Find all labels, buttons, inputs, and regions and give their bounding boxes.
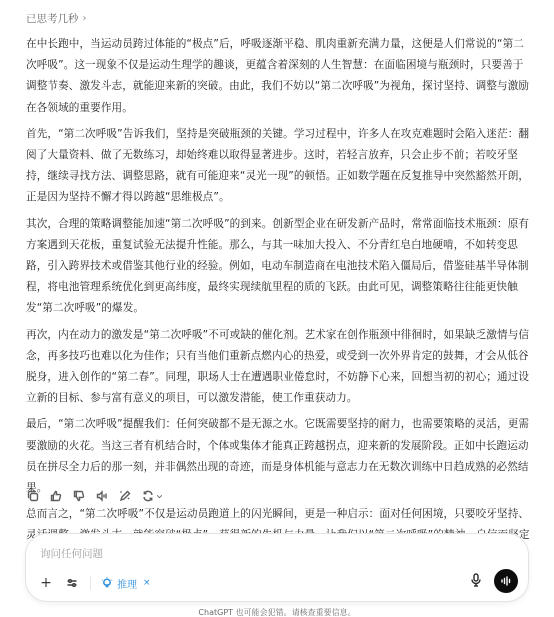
thumbs-down-button[interactable] [72, 489, 86, 503]
add-attachment-button[interactable]: + [38, 575, 54, 591]
edit-canvas-button[interactable] [118, 489, 132, 503]
answer-paragraph: 首先，“第二次呼吸”告诉我们，坚持是突破瓶颈的关键。学习过程中，许多人在攻克难题… [26, 124, 531, 209]
thumbs-down-icon [73, 490, 85, 502]
composer-right-controls [470, 569, 518, 593]
reasoning-chip-label: 推理 [117, 576, 137, 591]
plus-icon: + [40, 575, 52, 591]
lightbulb-icon [101, 577, 113, 589]
voice-mode-button[interactable] [494, 569, 518, 593]
answer-paragraph: 其次，合理的策略调整能加速“第二次呼吸”的到来。创新型企业在研发新产品时，常常面… [26, 214, 531, 320]
read-aloud-button[interactable] [95, 489, 109, 503]
divider [90, 576, 91, 590]
answer-paragraph: 最后，“第二次呼吸”提醒我们：任何突破都不是无源之水。它既需要坚持的耐力，也需要… [26, 414, 531, 499]
chevron-down-icon [156, 493, 163, 500]
close-icon[interactable]: × [143, 578, 151, 588]
message-input[interactable]: 询问任何问题 [40, 546, 103, 561]
microphone-icon [470, 573, 482, 587]
voice-waveform-icon [500, 576, 512, 586]
message-actions [26, 489, 163, 503]
composer: 询问任何问题 + 推理 × [25, 533, 529, 602]
sliders-icon [66, 577, 78, 589]
thumbs-up-button[interactable] [49, 489, 63, 503]
regenerate-button[interactable] [141, 489, 163, 503]
answer-paragraph: 在中长跑中，当运动员跨过体能的“极点”后，呼吸逐渐平稳、肌肉重新充满力量，这便是… [26, 34, 531, 119]
dictate-button[interactable] [470, 572, 482, 591]
regenerate-icon [142, 490, 154, 502]
reasoning-chip[interactable]: 推理 × [101, 576, 151, 591]
thinking-label: 已思考几秒 [26, 11, 79, 26]
thumbs-up-icon [50, 490, 62, 502]
composer-tools: + 推理 × [38, 575, 151, 591]
thinking-toggle[interactable]: 已思考几秒 › [26, 11, 87, 26]
answer-paragraph: 再次，内在动力的激发是“第二次呼吸”不可或缺的催化剂。艺术家在创作瓶颈中徘徊时，… [26, 325, 531, 410]
copy-button[interactable] [26, 489, 40, 503]
tools-button[interactable] [64, 575, 80, 591]
edit-canvas-icon [119, 490, 131, 502]
disclaimer: ChatGPT 也可能会犯错。请核查重要信息。 [0, 607, 554, 617]
read-aloud-icon [96, 490, 108, 502]
copy-icon [27, 490, 39, 502]
chevron-right-icon: › [83, 13, 87, 24]
